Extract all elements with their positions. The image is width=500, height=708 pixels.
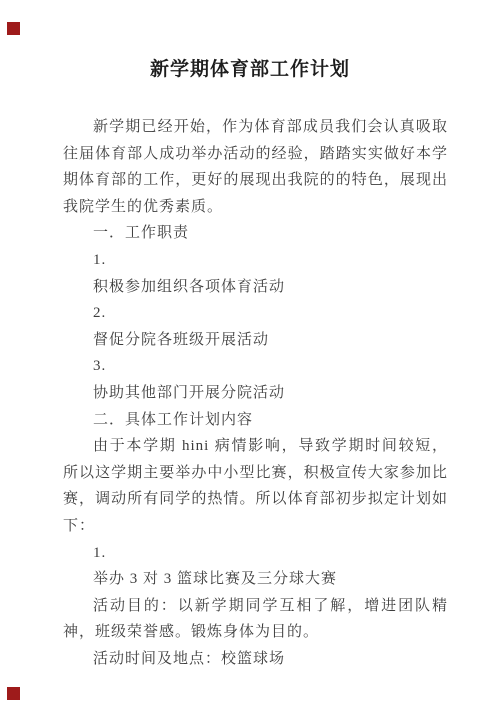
- paragraph: 由于本学期 hini 病情影响，导致学期时间较短，所以这学期主要举办中小型比赛，…: [63, 433, 448, 539]
- paragraph: 新学期已经开始，作为体育部成员我们会认真吸取往届体育部人成功举办活动的经验，踏踏…: [63, 114, 448, 220]
- document-page: 新学期体育部工作计划 新学期已经开始，作为体育部成员我们会认真吸取往届体育部人成…: [0, 0, 500, 708]
- paragraph: 举办 3 对 3 篮球比赛及三分球大赛: [63, 566, 448, 593]
- paragraph: 协助其他部门开展分院活动: [63, 380, 448, 407]
- red-square-marker-top-icon: [7, 22, 20, 35]
- paragraph: 3.: [63, 353, 448, 380]
- paragraph: 二．具体工作计划内容: [63, 407, 448, 434]
- paragraph: 1.: [63, 540, 448, 567]
- red-square-marker-bottom-icon: [7, 687, 20, 700]
- paragraph: 督促分院各班级开展活动: [63, 327, 448, 354]
- document-title: 新学期体育部工作计划: [0, 54, 500, 81]
- paragraph: 积极参加组织各项体育活动: [63, 274, 448, 301]
- paragraph: 一．工作职责: [63, 220, 448, 247]
- paragraph: 活动时间及地点：校篮球场: [63, 646, 448, 673]
- paragraph: 1.: [63, 247, 448, 274]
- document-body: 新学期已经开始，作为体育部成员我们会认真吸取往届体育部人成功举办活动的经验，踏踏…: [63, 114, 448, 672]
- paragraph: 活动目的：以新学期同学互相了解，增进团队精神，班级荣誉感。锻炼身体为目的。: [63, 593, 448, 646]
- paragraph: 2.: [63, 300, 448, 327]
